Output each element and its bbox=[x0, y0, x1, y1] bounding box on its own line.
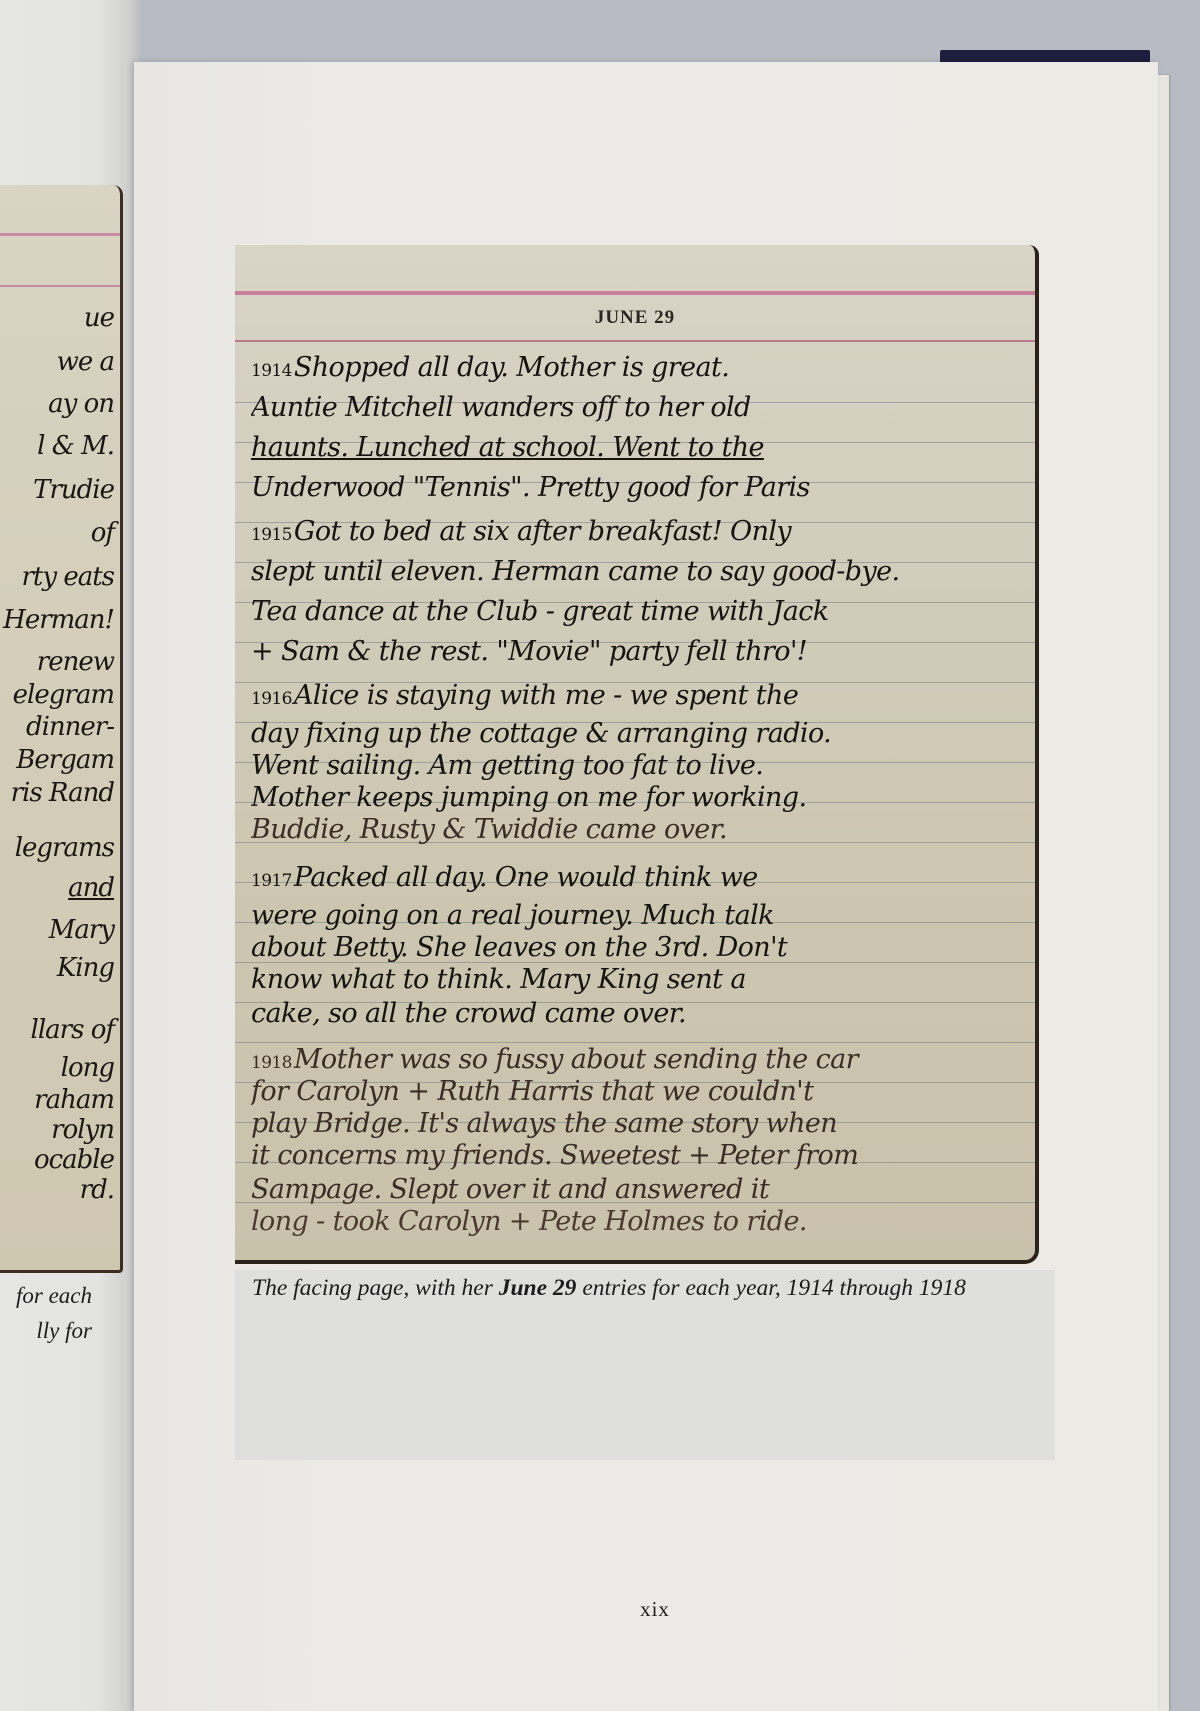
entry-1918-line: for Carolyn + Ruth Harris that we couldn… bbox=[251, 1077, 1029, 1107]
ruled-line bbox=[235, 1042, 1035, 1043]
handwriting-fragment: llars of bbox=[31, 1015, 114, 1045]
entry-1914-line: 1914Shopped all day. Mother is great. bbox=[251, 353, 1029, 386]
entry-1916-line: Buddie, Rusty & Twiddie came over. bbox=[251, 815, 1029, 845]
entry-1916-line: Mother keeps jumping on me for working. bbox=[251, 783, 1029, 813]
entry-1914-line: Auntie Mitchell wanders off to her old bbox=[251, 393, 1029, 423]
handwriting-fragment: legrams bbox=[15, 833, 114, 863]
entry-1915-line: 1915Got to bed at six after breakfast! O… bbox=[251, 517, 1029, 550]
entry-year: 1915 bbox=[251, 525, 292, 545]
diary-date-heading: JUNE 29 bbox=[235, 307, 1035, 329]
handwriting-fragment: elegram bbox=[13, 680, 114, 710]
left-caption-fragment: for each bbox=[16, 1283, 92, 1309]
handwriting-fragment: rty eats bbox=[21, 562, 114, 592]
entry-1917-line: were going on a real journey. Much talk bbox=[251, 901, 1029, 931]
entry-year: 1916 bbox=[251, 689, 292, 709]
entry-1916-line: Went sailing. Am getting too fat to live… bbox=[251, 751, 1029, 781]
entry-1917-line: 1917Packed all day. One would think we bbox=[251, 863, 1029, 896]
entry-1916-line: day fixing up the cottage & arranging ra… bbox=[251, 719, 1029, 749]
entry-year: 1914 bbox=[251, 361, 292, 381]
handwriting-fragment: dinner- bbox=[26, 712, 114, 742]
entry-1917-line: know what to think. Mary King sent a bbox=[251, 965, 1029, 995]
left-diary-photo: ue we a ay on l & M. Trudie of rty eats … bbox=[0, 185, 123, 1273]
entry-1918-line: play Bridge. It's always the same story … bbox=[251, 1109, 1029, 1139]
entry-1918-line: it concerns my friends. Sweetest + Peter… bbox=[251, 1141, 1029, 1171]
handwriting-fragment: rd. bbox=[80, 1175, 114, 1205]
entry-1916-line: 1916Alice is staying with me - we spent … bbox=[251, 681, 1029, 714]
figure-caption: The facing page, with her June 29 entrie… bbox=[252, 1275, 1052, 1302]
entry-year: 1918 bbox=[251, 1053, 292, 1073]
diary-page-photo: JUNE 29 1914Shopped all day. Mother is g… bbox=[235, 245, 1039, 1264]
pink-rule-bottom bbox=[235, 340, 1035, 342]
handwriting-fragment: l & M. bbox=[37, 431, 114, 461]
pink-rule-top bbox=[235, 291, 1035, 295]
entry-1914-line: haunts. Lunched at school. Went to the bbox=[251, 433, 1029, 463]
handwriting-fragment: Trudie bbox=[33, 475, 114, 505]
entry-text: Mother was so fussy about sending the ca… bbox=[294, 1045, 858, 1075]
handwriting-fragment: Mary bbox=[49, 915, 114, 945]
handwriting-fragment: we a bbox=[57, 347, 114, 377]
handwriting-fragment: renew bbox=[37, 647, 114, 677]
handwriting-fragment: ay on bbox=[48, 389, 114, 419]
left-caption-fragment: lly for bbox=[36, 1318, 92, 1344]
caption-bold-date: June 29 bbox=[499, 1275, 577, 1301]
entry-1918-line: Sampage. Slept over it and answered it bbox=[251, 1175, 1029, 1205]
entry-1915-line: + Sam & the rest. "Movie" party fell thr… bbox=[251, 637, 1029, 667]
entry-text: Got to bed at six after breakfast! Only bbox=[294, 517, 791, 547]
handwriting-fragment: ocable bbox=[34, 1145, 114, 1175]
handwriting-fragment: and bbox=[68, 873, 114, 903]
handwriting-fragment: ris Rand bbox=[11, 778, 114, 808]
entry-1915-line: Tea dance at the Club - great time with … bbox=[251, 597, 1029, 627]
handwriting-fragment: King bbox=[57, 953, 114, 983]
entry-1914-line: Underwood "Tennis". Pretty good for Pari… bbox=[251, 473, 1029, 503]
pink-rule bbox=[0, 233, 120, 236]
entry-1918-line: 1918Mother was so fussy about sending th… bbox=[251, 1045, 1029, 1078]
pink-rule bbox=[0, 285, 120, 287]
entry-1917-line: about Betty. She leaves on the 3rd. Don'… bbox=[251, 933, 1029, 963]
entry-text: Alice is staying with me - we spent the bbox=[294, 681, 798, 711]
handwriting-fragment: Bergam bbox=[16, 745, 114, 775]
handwriting-fragment: raham bbox=[34, 1085, 114, 1115]
caption-prefix: The facing page, with her bbox=[252, 1275, 499, 1301]
entry-text: Packed all day. One would think we bbox=[294, 863, 758, 893]
entry-year: 1917 bbox=[251, 871, 292, 891]
handwriting-fragment: rolyn bbox=[51, 1115, 114, 1145]
caption-suffix: entries for each year, 1914 through 1918 bbox=[576, 1275, 965, 1301]
page-number: xix bbox=[630, 1597, 680, 1622]
entry-text: Shopped all day. Mother is great. bbox=[294, 353, 729, 383]
handwriting-fragment: ue bbox=[84, 303, 114, 333]
handwriting-fragment: long bbox=[61, 1053, 114, 1083]
left-page: ue we a ay on l & M. Trudie of rty eats … bbox=[0, 0, 140, 1711]
entry-1915-line: slept until eleven. Herman came to say g… bbox=[251, 557, 1029, 587]
handwriting-fragment: of bbox=[91, 518, 114, 548]
entry-1918-line: long - took Carolyn + Pete Holmes to rid… bbox=[251, 1207, 1029, 1237]
handwriting-fragment: Herman! bbox=[3, 605, 114, 635]
entry-1917-line: cake, so all the crowd came over. bbox=[251, 999, 1029, 1029]
